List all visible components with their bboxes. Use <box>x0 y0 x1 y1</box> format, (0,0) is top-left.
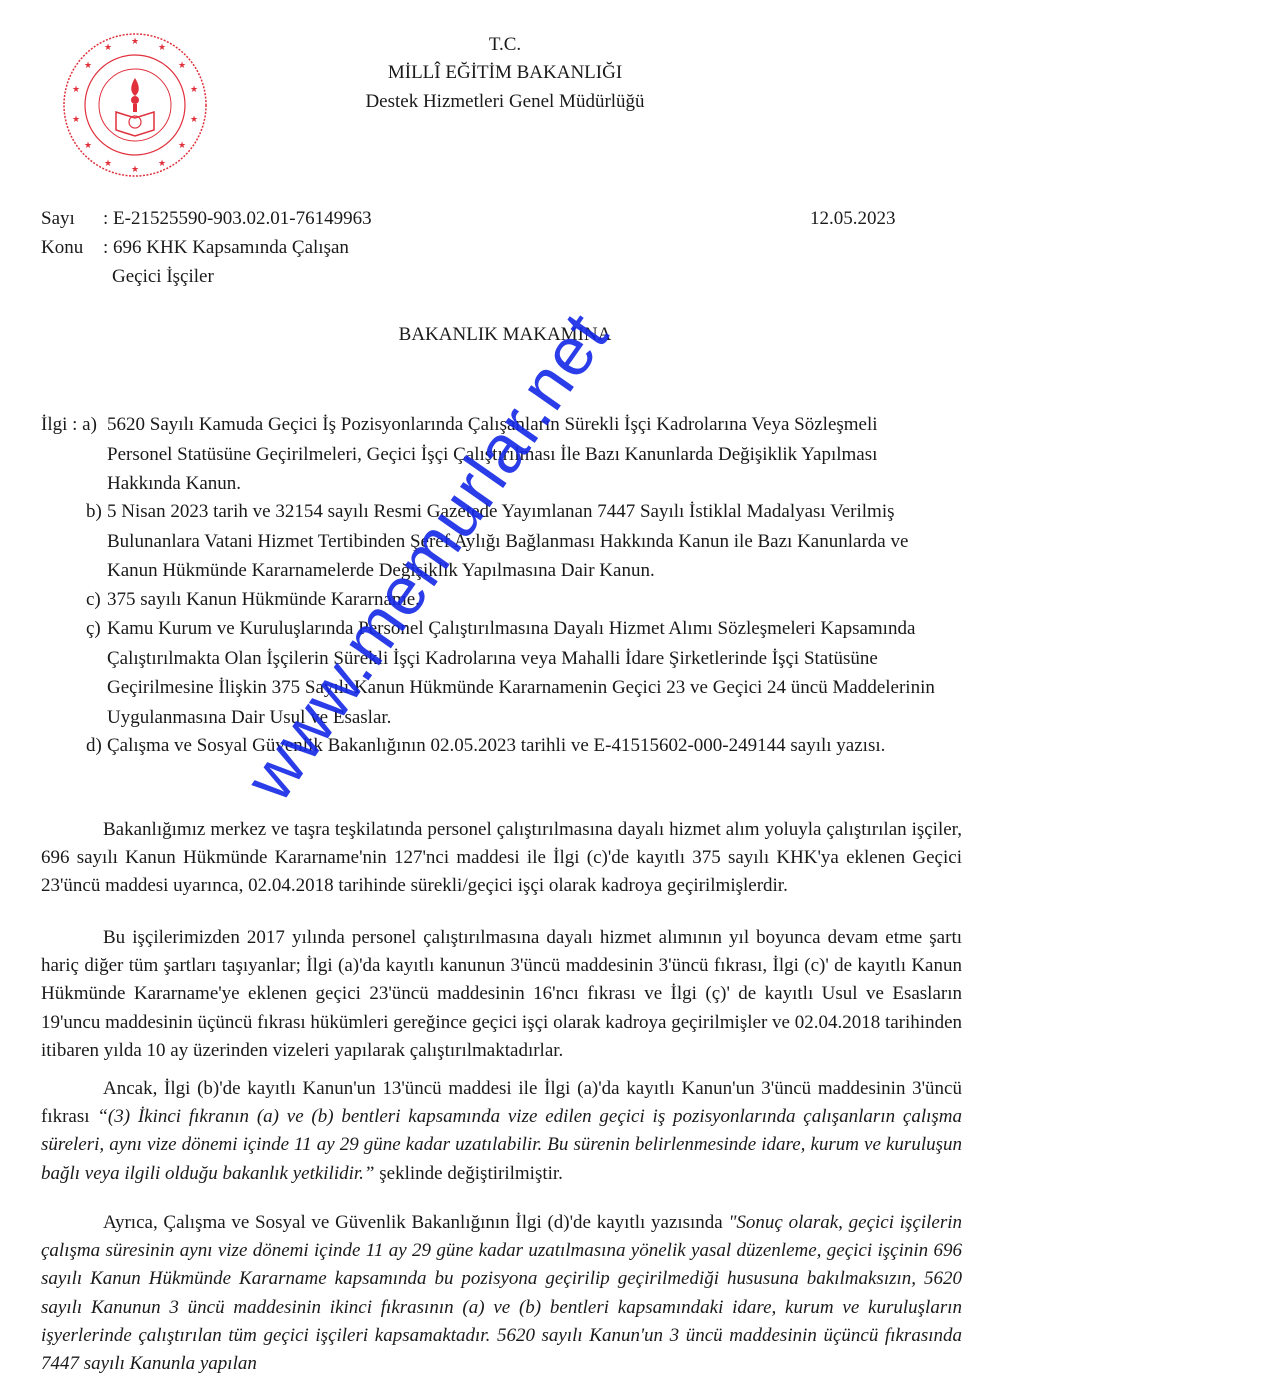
addressee: BAKANLIK MAKAMINA <box>0 324 1010 346</box>
document-date: 12.05.2023 <box>810 208 896 230</box>
ministry-quote: "Sonuç olarak, geçici işçilerin çalışma … <box>41 1212 962 1374</box>
ilgi-text: 5620 Sayılı Kamuda Geçici İş Pozisyonlar… <box>107 410 941 499</box>
sayi-label: Sayı <box>41 208 103 230</box>
ilgi-item-a: İlgi : a) 5620 Sayılı Kamuda Geçici İş P… <box>41 410 941 499</box>
body-paragraph-3: Ancak, İlgi (b)'de kayıtlı Kanun'un 13'ü… <box>41 1075 962 1188</box>
svg-text:★: ★ <box>72 115 80 125</box>
svg-text:★: ★ <box>131 165 139 175</box>
konu-row: Konu: 696 KHK Kapsamında Çalışan <box>41 237 349 259</box>
svg-text:★: ★ <box>178 141 186 151</box>
body-paragraph-1: Bakanlığımız merkez ve taşra teşkilatınd… <box>41 816 962 901</box>
ilgi-text: Çalışma ve Sosyal Güvenlik Bakanlığının … <box>86 731 956 761</box>
svg-text:★: ★ <box>158 159 166 169</box>
ilgi-text: Kamu Kurum ve Kuruluşlarında Personel Ça… <box>86 614 956 732</box>
ilgi-marker: b) <box>86 497 108 527</box>
header-directorate: Destek Hizmetleri Genel Müdürlüğü <box>0 91 1010 113</box>
ilgi-text: 375 sayılı Kanun Hükmünde Kararname. <box>86 585 956 615</box>
konu-value-line2: Geçici İşçiler <box>112 266 214 288</box>
svg-text:★: ★ <box>84 141 92 151</box>
sayi-value: : E-21525590-903.02.01-76149963 <box>103 208 372 229</box>
sayi-row: Sayı: E-21525590-903.02.01-76149963 <box>41 208 372 230</box>
body-paragraph-4: Ayrıca, Çalışma ve Sosyal ve Güvenlik Ba… <box>41 1209 962 1378</box>
ilgi-item-cc: ç) Kamu Kurum ve Kuruluşlarında Personel… <box>86 614 956 732</box>
ilgi-marker: c) <box>86 585 108 615</box>
konu-label: Konu <box>41 237 103 259</box>
svg-text:★: ★ <box>190 115 198 125</box>
ilgi-item-b: b) 5 Nisan 2023 tarih ve 32154 sayılı Re… <box>86 497 956 586</box>
header-ministry: MİLLÎ EĞİTİM BAKANLIĞI <box>0 62 1010 84</box>
ilgi-label: İlgi : a) <box>41 410 97 440</box>
ilgi-item-d: d) Çalışma ve Sosyal Güvenlik Bakanlığın… <box>86 731 956 761</box>
ilgi-marker: ç) <box>86 614 108 644</box>
konu-value: : 696 KHK Kapsamında Çalışan <box>103 237 349 258</box>
ilgi-item-c: c) 375 sayılı Kanun Hükmünde Kararname. <box>86 585 956 615</box>
svg-text:★: ★ <box>104 159 112 169</box>
body-paragraph-2: Bu işçilerimizden 2017 yılında personel … <box>41 924 962 1065</box>
header-tc: T.C. <box>0 34 1010 56</box>
ilgi-marker: d) <box>86 731 108 761</box>
ilgi-text: 5 Nisan 2023 tarih ve 32154 sayılı Resmi… <box>86 497 956 586</box>
